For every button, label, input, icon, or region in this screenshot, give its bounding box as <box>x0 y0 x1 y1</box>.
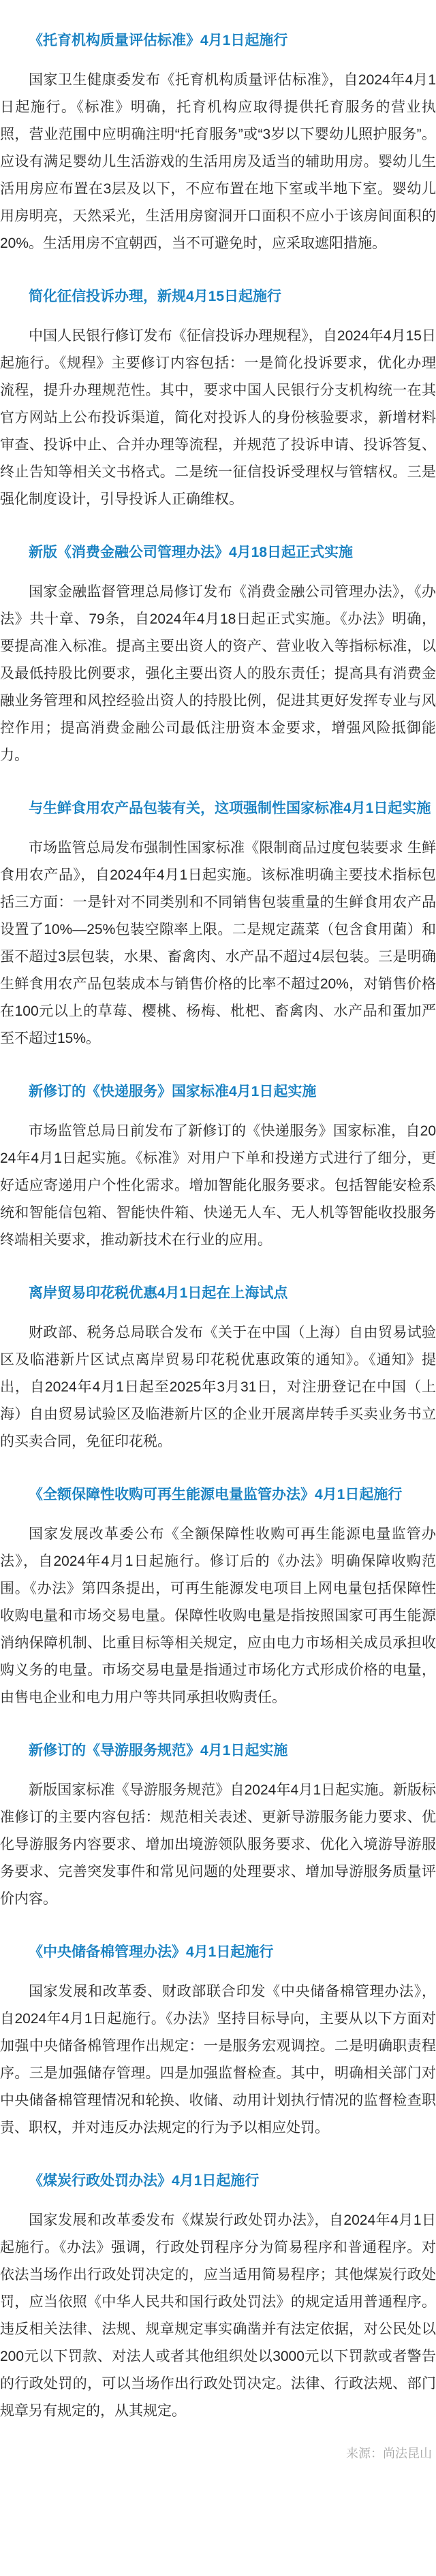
section-fresh-produce-packaging: 与生鲜食用农产品包装有关，这项强制性国家标准4月1日起实施 市场监管总局发布强制… <box>0 795 436 1052</box>
section-heading: 《全额保障性收购可再生能源电量监管办法》4月1日起施行 <box>0 1481 436 1509</box>
section-paragraph: 国家发展和改革委、财政部联合印发《中央储备棉管理办法》，自2024年4月1日起施… <box>0 1978 436 2142</box>
section-paragraph: 新版国家标准《导游服务规范》自2024年4月1日起实施。新版标准修订的主要内容包… <box>0 1777 436 1913</box>
section-heading: 新修订的《导游服务规范》4月1日起实施 <box>0 1737 436 1765</box>
section-heading: 新修订的《快递服务》国家标准4月1日起实施 <box>0 1078 436 1106</box>
section-paragraph: 国家发展改革委公布《全额保障性收购可再生能源电量监管办法》，自2024年4月1日… <box>0 1521 436 1711</box>
section-heading: 离岸贸易印花税优惠4月1日起在上海试点 <box>0 1280 436 1307</box>
section-paragraph: 财政部、税务总局联合发布《关于在中国（上海）自由贸易试验区及临港新片区试点离岸贸… <box>0 1319 436 1455</box>
article-page: 《托育机构质量评估标准》4月1日起施行 国家卫生健康委发布《托育机构质量评估标准… <box>0 0 436 2475</box>
section-renewable-energy-purchase: 《全额保障性收购可再生能源电量监管办法》4月1日起施行 国家发展改革委公布《全额… <box>0 1481 436 1711</box>
section-tuoyu-standard: 《托育机构质量评估标准》4月1日起施行 国家卫生健康委发布《托育机构质量评估标准… <box>0 27 436 257</box>
source-credit: 来源：尚法昆山 <box>0 2440 436 2467</box>
section-paragraph: 中国人民银行修订发布《征信投诉办理规程》，自2024年4月15日起施行。《规程》… <box>0 323 436 513</box>
section-paragraph: 国家卫生健康委发布《托育机构质量评估标准》，自2024年4月1日起施行。《标准》… <box>0 67 436 257</box>
section-paragraph: 国家发展和改革委发布《煤炭行政处罚办法》，自2024年4月1日起施行。《办法》强… <box>0 2207 436 2425</box>
section-tour-guide-service: 新修订的《导游服务规范》4月1日起实施 新版国家标准《导游服务规范》自2024年… <box>0 1737 436 1913</box>
section-heading: 《中央储备棉管理办法》4月1日起施行 <box>0 1939 436 1966</box>
section-paragraph: 国家金融监督管理总局修订发布《消费金融公司管理办法》，《办法》共十章、79条，自… <box>0 579 436 769</box>
section-express-service: 新修订的《快递服务》国家标准4月1日起实施 市场监管总局日前发布了新修订的《快递… <box>0 1078 436 1254</box>
section-heading: 《托育机构质量评估标准》4月1日起施行 <box>0 27 436 54</box>
section-paragraph: 市场监管总局发布强制性国家标准《限制商品过度包装要求 生鲜食用农产品》，自202… <box>0 835 436 1052</box>
section-cotton-reserve: 《中央储备棉管理办法》4月1日起施行 国家发展和改革委、财政部联合印发《中央储备… <box>0 1939 436 2142</box>
section-zhengxin-complaint: 简化征信投诉办理，新规4月15日起施行 中国人民银行修订发布《征信投诉办理规程》… <box>0 283 436 513</box>
section-coal-penalty: 《煤炭行政处罚办法》4月1日起施行 国家发展和改革委发布《煤炭行政处罚办法》，自… <box>0 2168 436 2425</box>
section-offshore-stamp-tax: 离岸贸易印花税优惠4月1日起在上海试点 财政部、税务总局联合发布《关于在中国（上… <box>0 1280 436 1455</box>
section-paragraph: 市场监管总局日前发布了新修订的《快递服务》国家标准，自2024年4月1日起实施。… <box>0 1118 436 1254</box>
section-heading: 新版《消费金融公司管理办法》4月18日起正式实施 <box>0 539 436 566</box>
section-heading: 简化征信投诉办理，新规4月15日起施行 <box>0 283 436 310</box>
section-heading: 与生鲜食用农产品包装有关，这项强制性国家标准4月1日起实施 <box>0 795 436 822</box>
section-heading: 《煤炭行政处罚办法》4月1日起施行 <box>0 2168 436 2195</box>
section-consumer-finance: 新版《消费金融公司管理办法》4月18日起正式实施 国家金融监督管理总局修订发布《… <box>0 539 436 769</box>
